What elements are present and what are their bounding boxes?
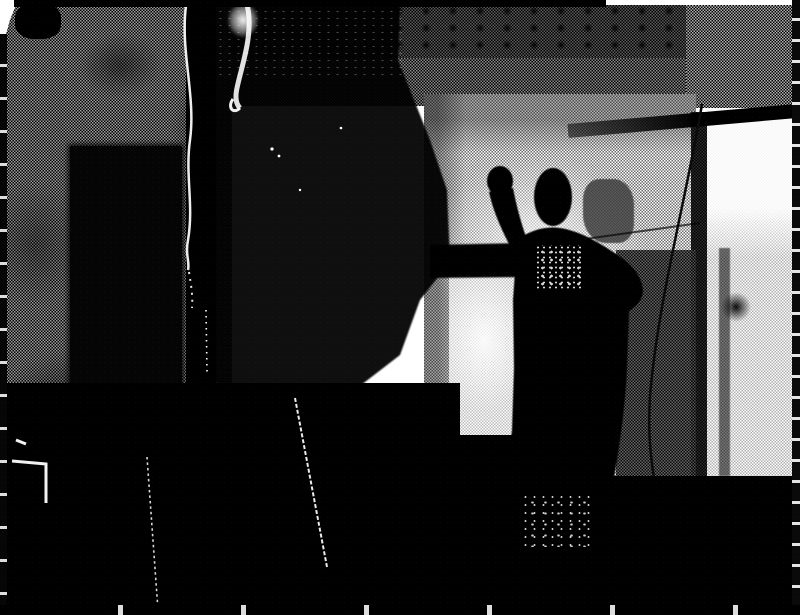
equipment-specks bbox=[270, 127, 342, 192]
cable-tail bbox=[189, 272, 192, 308]
table-mark bbox=[16, 440, 26, 444]
frame-top-bar bbox=[14, 0, 606, 7]
strap-top-glow bbox=[227, 2, 259, 38]
tripod-leg-main bbox=[295, 398, 327, 567]
frame-left-edge bbox=[0, 34, 7, 615]
table-edge-highlight bbox=[12, 461, 46, 503]
tripod-leg-left bbox=[147, 457, 158, 610]
frame-bottom-edge bbox=[0, 605, 800, 615]
feet-highlights bbox=[521, 493, 591, 547]
corner-dark-blob bbox=[15, 3, 61, 39]
photograph bbox=[0, 0, 800, 615]
highlight-layer bbox=[0, 0, 800, 615]
hanging-cable-left bbox=[185, 6, 192, 270]
pole-base-highlight bbox=[206, 310, 207, 372]
tshirt-graphic bbox=[535, 245, 583, 289]
frame-right-edge bbox=[792, 0, 800, 615]
